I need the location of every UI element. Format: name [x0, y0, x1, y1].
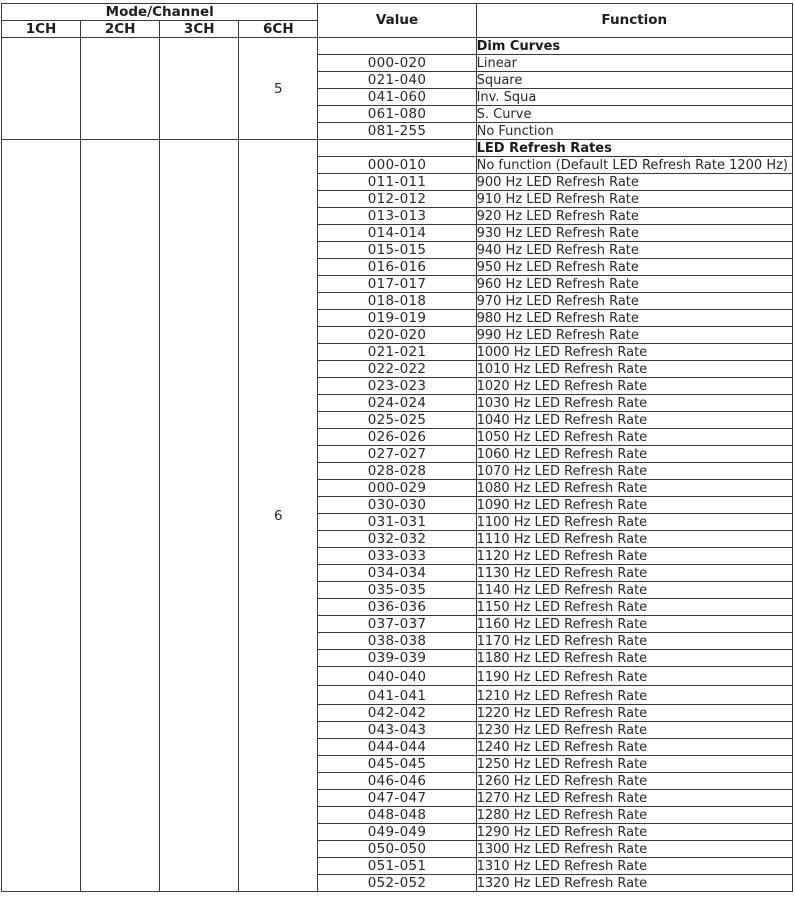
dmx-value-cell: 011-011 — [318, 174, 476, 191]
dmx-value-cell: 015-015 — [318, 242, 476, 259]
dmx-value-cell: 040-040 — [318, 667, 476, 686]
function-cell: 1230 Hz LED Refresh Rate — [476, 722, 792, 739]
function-cell: 1130 Hz LED Refresh Rate — [476, 565, 792, 582]
function-cell: 1180 Hz LED Refresh Rate — [476, 650, 792, 667]
dmx-value-cell: 050-050 — [318, 841, 476, 858]
function-cell: 1120 Hz LED Refresh Rate — [476, 548, 792, 565]
function-cell: 1320 Hz LED Refresh Rate — [476, 875, 792, 892]
dmx-value-cell: 052-052 — [318, 875, 476, 892]
section-title: LED Refresh Rates — [476, 140, 792, 157]
dmx-value-cell: 039-039 — [318, 650, 476, 667]
channel-2ch-cell — [81, 140, 160, 892]
function-cell: 1300 Hz LED Refresh Rate — [476, 841, 792, 858]
dmx-channel-table: Mode/Channel Value Function 1CH 2CH 3CH … — [1, 3, 793, 892]
mode-6ch-header: 6CH — [239, 21, 318, 38]
function-cell: 1210 Hz LED Refresh Rate — [476, 686, 792, 705]
function-cell: 1030 Hz LED Refresh Rate — [476, 395, 792, 412]
dmx-value-cell: 081-255 — [318, 123, 476, 140]
function-cell: 1070 Hz LED Refresh Rate — [476, 463, 792, 480]
function-cell: Linear — [476, 55, 792, 72]
dmx-value-cell: 051-051 — [318, 858, 476, 875]
channel-1ch-cell — [2, 140, 81, 892]
channel-6ch-cell: 6 — [239, 140, 318, 892]
function-cell: 920 Hz LED Refresh Rate — [476, 208, 792, 225]
function-cell: No function (Default LED Refresh Rate 12… — [476, 157, 792, 174]
mode-2ch-header: 2CH — [81, 21, 160, 38]
function-cell: 1280 Hz LED Refresh Rate — [476, 807, 792, 824]
dmx-value-cell: 012-012 — [318, 191, 476, 208]
dmx-value-cell: 047-047 — [318, 790, 476, 807]
dmx-value-cell: 000-010 — [318, 157, 476, 174]
function-cell: S. Curve — [476, 106, 792, 123]
dmx-value-cell: 014-014 — [318, 225, 476, 242]
value-header: Value — [318, 4, 476, 38]
function-cell: 910 Hz LED Refresh Rate — [476, 191, 792, 208]
function-cell: 1010 Hz LED Refresh Rate — [476, 361, 792, 378]
section-title: Dim Curves — [476, 38, 792, 55]
dmx-value-cell: 037-037 — [318, 616, 476, 633]
function-cell: 1170 Hz LED Refresh Rate — [476, 633, 792, 650]
mode-channel-header: Mode/Channel — [2, 4, 318, 21]
function-cell: 1270 Hz LED Refresh Rate — [476, 790, 792, 807]
dmx-value-cell: 025-025 — [318, 412, 476, 429]
function-cell: 1150 Hz LED Refresh Rate — [476, 599, 792, 616]
function-cell: 1240 Hz LED Refresh Rate — [476, 739, 792, 756]
function-header: Function — [476, 4, 792, 38]
function-cell: 1290 Hz LED Refresh Rate — [476, 824, 792, 841]
dmx-value-cell: 027-027 — [318, 446, 476, 463]
function-cell: 1260 Hz LED Refresh Rate — [476, 773, 792, 790]
function-cell: 1250 Hz LED Refresh Rate — [476, 756, 792, 773]
dmx-value-cell: 045-045 — [318, 756, 476, 773]
function-cell: 1220 Hz LED Refresh Rate — [476, 705, 792, 722]
dmx-channel-table-container: Mode/Channel Value Function 1CH 2CH 3CH … — [1, 3, 793, 892]
channel-6ch-cell: 5 — [239, 38, 318, 140]
function-cell: Square — [476, 72, 792, 89]
function-cell: No Function — [476, 123, 792, 140]
dmx-value-cell: 000-020 — [318, 55, 476, 72]
dmx-value-cell: 034-034 — [318, 565, 476, 582]
section-value-cell — [318, 140, 476, 157]
dmx-value-cell: 041-041 — [318, 686, 476, 705]
dmx-value-cell: 043-043 — [318, 722, 476, 739]
channel-3ch-cell — [160, 140, 239, 892]
function-cell: 1310 Hz LED Refresh Rate — [476, 858, 792, 875]
dmx-value-cell: 035-035 — [318, 582, 476, 599]
dmx-value-cell: 033-033 — [318, 548, 476, 565]
function-cell: 900 Hz LED Refresh Rate — [476, 174, 792, 191]
channel-3ch-cell — [160, 38, 239, 140]
dmx-value-cell: 048-048 — [318, 807, 476, 824]
mode-1ch-header: 1CH — [2, 21, 81, 38]
dmx-value-cell: 023-023 — [318, 378, 476, 395]
dmx-value-cell: 022-022 — [318, 361, 476, 378]
dmx-value-cell: 020-020 — [318, 327, 476, 344]
function-cell: 1090 Hz LED Refresh Rate — [476, 497, 792, 514]
function-cell: 1000 Hz LED Refresh Rate — [476, 344, 792, 361]
function-cell: 990 Hz LED Refresh Rate — [476, 327, 792, 344]
function-cell: 1040 Hz LED Refresh Rate — [476, 412, 792, 429]
dmx-value-cell: 032-032 — [318, 531, 476, 548]
function-cell: 1160 Hz LED Refresh Rate — [476, 616, 792, 633]
dmx-value-cell: 042-042 — [318, 705, 476, 722]
dmx-value-cell: 017-017 — [318, 276, 476, 293]
function-cell: 940 Hz LED Refresh Rate — [476, 242, 792, 259]
function-cell: 1190 Hz LED Refresh Rate — [476, 667, 792, 686]
function-cell: 1140 Hz LED Refresh Rate — [476, 582, 792, 599]
function-cell: 960 Hz LED Refresh Rate — [476, 276, 792, 293]
function-cell: Inv. Squa — [476, 89, 792, 106]
dmx-value-cell: 036-036 — [318, 599, 476, 616]
section-value-cell — [318, 38, 476, 55]
function-cell: 930 Hz LED Refresh Rate — [476, 225, 792, 242]
function-cell: 980 Hz LED Refresh Rate — [476, 310, 792, 327]
dmx-value-cell: 019-019 — [318, 310, 476, 327]
function-cell: 1080 Hz LED Refresh Rate — [476, 480, 792, 497]
dmx-value-cell: 016-016 — [318, 259, 476, 276]
function-cell: 1110 Hz LED Refresh Rate — [476, 531, 792, 548]
function-cell: 1020 Hz LED Refresh Rate — [476, 378, 792, 395]
channel-2ch-cell — [81, 38, 160, 140]
dmx-value-cell: 049-049 — [318, 824, 476, 841]
section-title-row: 5Dim Curves — [2, 38, 793, 55]
channel-1ch-cell — [2, 38, 81, 140]
mode-3ch-header: 3CH — [160, 21, 239, 38]
dmx-value-cell: 028-028 — [318, 463, 476, 480]
dmx-value-cell: 000-029 — [318, 480, 476, 497]
dmx-value-cell: 061-080 — [318, 106, 476, 123]
dmx-value-cell: 031-031 — [318, 514, 476, 531]
function-cell: 950 Hz LED Refresh Rate — [476, 259, 792, 276]
dmx-value-cell: 024-024 — [318, 395, 476, 412]
dmx-value-cell: 026-026 — [318, 429, 476, 446]
dmx-value-cell: 046-046 — [318, 773, 476, 790]
header-row-top: Mode/Channel Value Function — [2, 4, 793, 21]
function-cell: 970 Hz LED Refresh Rate — [476, 293, 792, 310]
section-title-row: 6LED Refresh Rates — [2, 140, 793, 157]
dmx-value-cell: 041-060 — [318, 89, 476, 106]
dmx-value-cell: 021-021 — [318, 344, 476, 361]
function-cell: 1060 Hz LED Refresh Rate — [476, 446, 792, 463]
function-cell: 1050 Hz LED Refresh Rate — [476, 429, 792, 446]
table-body: 5Dim Curves000-020Linear021-040Square041… — [2, 38, 793, 892]
dmx-value-cell: 013-013 — [318, 208, 476, 225]
dmx-value-cell: 021-040 — [318, 72, 476, 89]
dmx-value-cell: 018-018 — [318, 293, 476, 310]
dmx-value-cell: 038-038 — [318, 633, 476, 650]
function-cell: 1100 Hz LED Refresh Rate — [476, 514, 792, 531]
dmx-value-cell: 030-030 — [318, 497, 476, 514]
dmx-value-cell: 044-044 — [318, 739, 476, 756]
